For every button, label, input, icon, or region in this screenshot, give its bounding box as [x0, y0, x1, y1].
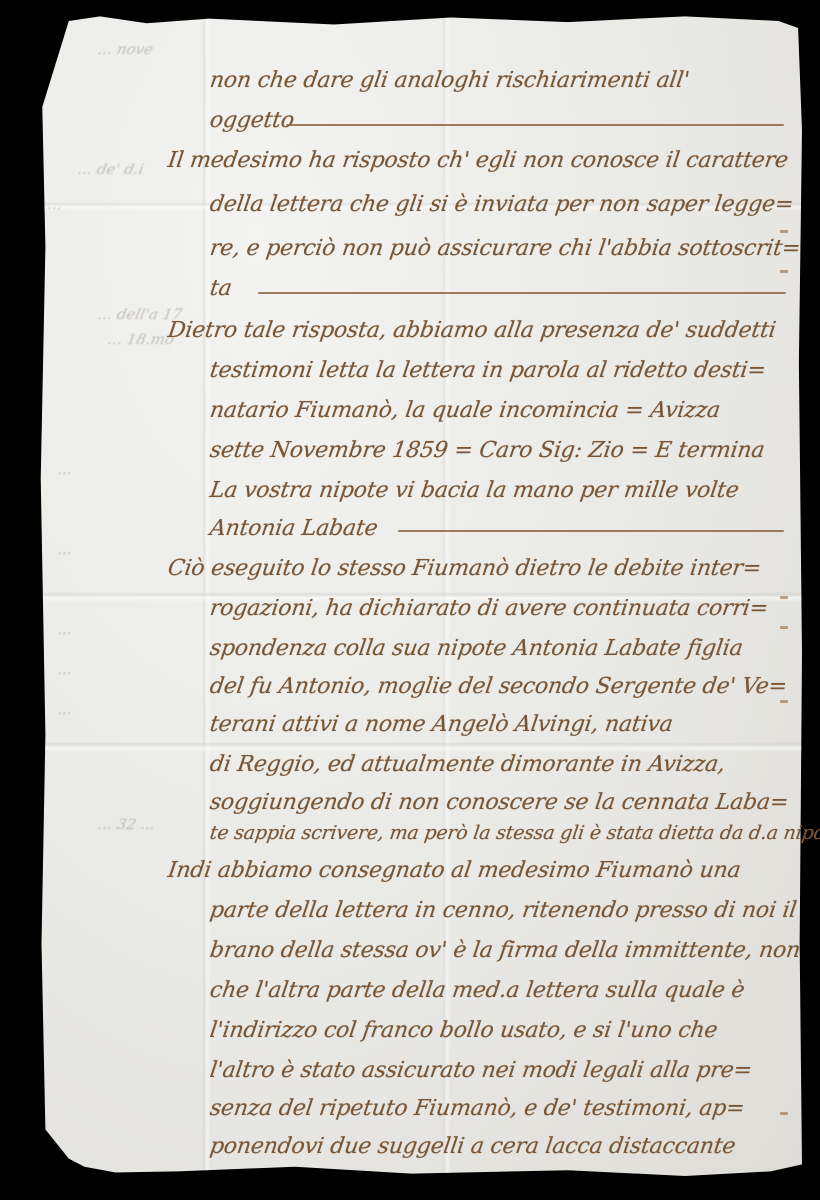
manuscript-line: La vostra nipote vi bacia la mano per mi…	[208, 478, 740, 503]
line-filler-rule	[286, 124, 784, 126]
manuscript-line: ponendovi due suggelli a cera lacca dist…	[208, 1134, 737, 1159]
manuscript-line: re, e perciò non può assicurare chi l'ab…	[208, 236, 802, 261]
manuscript-line: Il medesimo ha risposto ch' egli non con…	[166, 148, 789, 173]
manuscript-line: brano della stessa ov' è la firma della …	[208, 938, 802, 963]
bleed-through-line: ...	[56, 460, 74, 478]
bleed-through-line: ... nove	[96, 40, 155, 58]
manuscript-line: della lettera che gli si è inviata per n…	[208, 192, 795, 217]
manuscript-line: di Reggio, ed attualmente dimorante in A…	[208, 752, 726, 777]
hyphen-mark	[780, 1112, 788, 1115]
manuscript-line: Ciò eseguito lo stesso Fiumanò dietro le…	[166, 556, 762, 581]
bleed-through-line: ...	[46, 195, 64, 213]
manuscript-line: te sappia scrivere, ma però la stessa gl…	[208, 822, 820, 844]
hyphen-mark	[780, 700, 788, 703]
manuscript-line: Indi abbiamo consegnato al medesimo Fium…	[166, 858, 742, 883]
hyphen-mark	[780, 596, 788, 599]
bleed-through-line: ...	[56, 700, 74, 718]
manuscript-line: l'indirizzo col franco bollo usato, e si…	[208, 1018, 719, 1043]
manuscript-line: ta	[208, 276, 233, 301]
bleed-through-line: ... de' d.i	[76, 160, 145, 178]
manuscript-line: testimoni letta la lettera in parola al …	[208, 358, 767, 383]
manuscript-line: soggiungendo di non conoscere se la cenn…	[208, 790, 790, 815]
document-stage: ... nove ... de' d.i ... ... dell'a 17 .…	[0, 0, 820, 1200]
manuscript-line: parte della lettera in cenno, ritenendo …	[208, 898, 798, 923]
bleed-through-line: ...	[56, 620, 74, 638]
manuscript-line: senza del ripetuto Fiumanò, e de' testim…	[208, 1096, 746, 1121]
manuscript-line: terani attivi a nome Angelò Alvingi, nat…	[208, 712, 674, 737]
hyphen-mark	[780, 230, 788, 233]
manuscript-text: non che dare gli analoghi rischiarimenti…	[158, 0, 798, 1200]
hyphen-mark	[780, 270, 788, 273]
manuscript-line: spondenza colla sua nipote Antonia Labat…	[208, 636, 744, 661]
manuscript-line: che l'altra parte della med.a lettera su…	[208, 978, 746, 1003]
manuscript-line: sette Novembre 1859 = Caro Sig: Zio = E …	[208, 438, 766, 463]
bleed-through-line: ...	[56, 660, 74, 678]
bleed-through-line: ...	[56, 540, 74, 558]
manuscript-line: Dietro tale risposta, abbiamo alla prese…	[166, 318, 777, 343]
manuscript-line: del fu Antonio, moglie del secondo Serge…	[208, 674, 788, 699]
manuscript-line: natario Fiumanò, la quale incomincia = A…	[208, 398, 721, 423]
bleed-through-line: ... 32 ...	[96, 815, 157, 833]
manuscript-line: non che dare gli analoghi rischiarimenti…	[208, 68, 691, 93]
manuscript-line: Antonia Labate	[208, 516, 379, 541]
manuscript-line: oggetto	[208, 108, 295, 133]
line-filler-rule	[398, 530, 784, 532]
hyphen-mark	[780, 626, 788, 629]
manuscript-line: rogazioni, ha dichiarato di avere contin…	[208, 596, 769, 621]
manuscript-line: l'altro è stato assicurato nei modi lega…	[208, 1058, 753, 1083]
line-filler-rule	[258, 292, 786, 294]
